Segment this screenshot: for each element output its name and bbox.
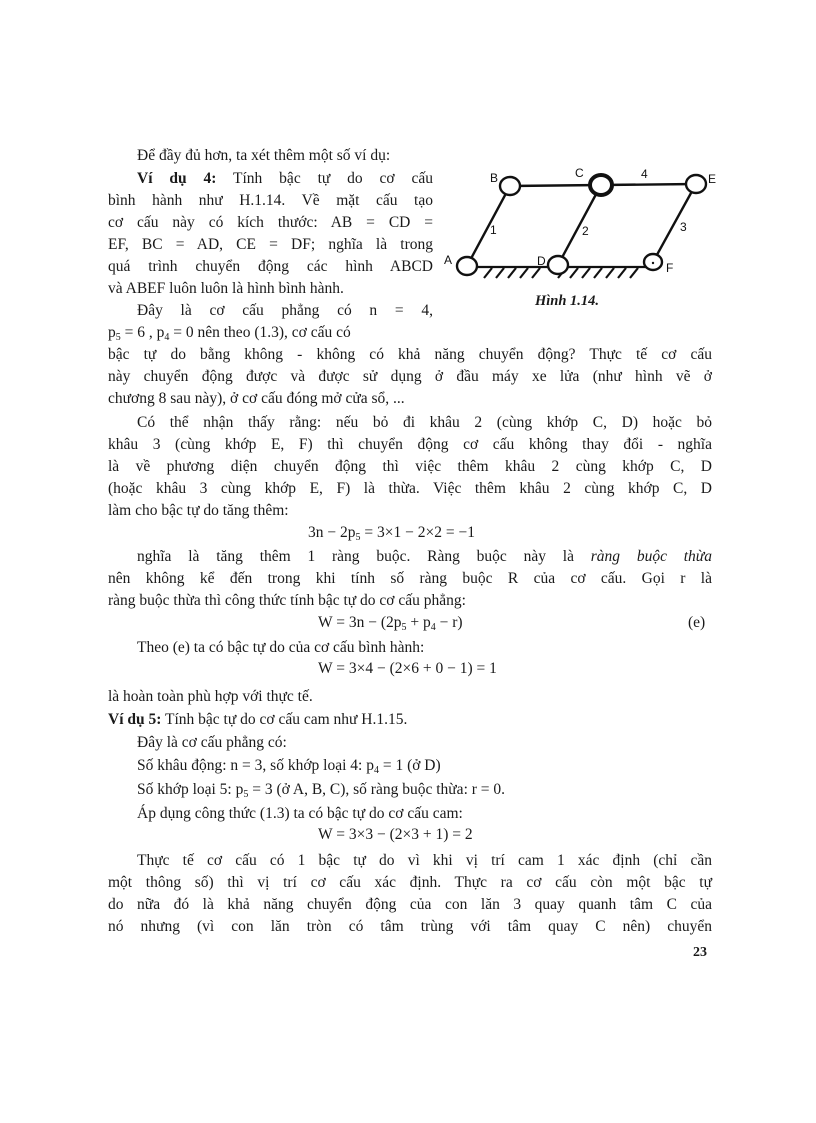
- svg-text:D: D: [537, 254, 546, 268]
- para2-line-4: này chuyển động được và được sử dụng ở đ…: [108, 368, 712, 386]
- para6-line: là hoàn toàn phù hợp với thực tế.: [108, 688, 313, 706]
- para3-line-3: là về phương diện chuyển động thì việc t…: [108, 458, 712, 476]
- example5-para-line-3: do nữa đó là khả năng chuyển động của co…: [108, 896, 712, 914]
- para2-line-2: p5 = 6 , p4 = 0 nên theo (1.3), cơ cấu c…: [108, 324, 351, 342]
- example4-line-5: quá trình chuyển động các hình ABCD: [108, 258, 433, 276]
- figure-1-14: A B C D E F 1 2 3 4: [440, 160, 730, 315]
- equation-3: W = 3×4 − (2×6 + 0 − 1) = 1: [318, 660, 497, 678]
- para3-line-2: khâu 3 (cùng khớp E, F) thì chuyển động …: [108, 436, 712, 454]
- example4-label: Ví dụ 4:: [137, 170, 216, 187]
- para2-line-1: Đây là cơ cấu phẳng có n = 4,: [137, 302, 433, 320]
- svg-text:A: A: [444, 253, 452, 267]
- svg-text:F: F: [666, 261, 673, 275]
- example4-line-4: EF, BC = AD, CE = DF; nghĩa là trong: [108, 236, 433, 254]
- svg-text:C: C: [575, 166, 584, 180]
- para4-line-2: nên không kể đến trong khi tính số ràng …: [108, 570, 712, 588]
- equation-1: 3n − 2p5 = 3×1 − 2×2 = −1: [308, 524, 475, 542]
- svg-text:4: 4: [641, 167, 648, 181]
- example4-line-2: bình hành như H.1.14. Về mặt cấu tạo: [108, 192, 433, 210]
- svg-text:2: 2: [582, 224, 589, 238]
- para2-line-3: bậc tự do bằng không - không có khả năng…: [108, 346, 712, 364]
- para4-line-3: ràng buộc thừa thì công thức tính bậc tự…: [108, 592, 466, 610]
- example5-line-1: Đây là cơ cấu phẳng có:: [137, 734, 287, 752]
- example5-label: Ví dụ 5:: [108, 711, 161, 728]
- intro-line: Để đầy đủ hơn, ta xét thêm một số ví dụ:: [137, 147, 390, 165]
- equation-tag-e: (e): [688, 614, 705, 632]
- svg-text:B: B: [490, 171, 498, 185]
- para4-line-1: nghĩa là tăng thêm 1 ràng buộc. Ràng buộ…: [137, 548, 712, 566]
- example5-line-3: Số khớp loại 5: p5 = 3 (ở A, B, C), số r…: [137, 781, 505, 799]
- para3-line-1: Có thể nhận thấy rằng: nếu bỏ đi khâu 2 …: [137, 414, 712, 432]
- svg-text:E: E: [708, 172, 716, 186]
- page-number: 23: [693, 945, 707, 961]
- example5-equation: W = 3×3 − (2×3 + 1) = 2: [318, 826, 473, 844]
- document-page: Để đầy đủ hơn, ta xét thêm một số ví dụ:…: [0, 0, 816, 1123]
- example5-para-line-1: Thực tế cơ cấu có 1 bậc tự do vì khi vị …: [137, 852, 712, 870]
- svg-text:3: 3: [680, 220, 687, 234]
- example4-line-3: cơ cấu này có kích thước: AB = CD =: [108, 214, 433, 232]
- example5-line-4: Áp dụng công thức (1.3) ta có bậc tự do …: [137, 805, 463, 823]
- parallel-linkage-diagram: A B C D E F 1 2 3 4: [440, 160, 730, 295]
- para3-line-4: (hoặc khâu 3 cùng khớp E, F) là thừa. Vi…: [108, 480, 712, 498]
- example5-title: Ví dụ 5: Tính bậc tự do cơ cấu cam như H…: [108, 711, 407, 729]
- svg-text:1: 1: [490, 223, 497, 237]
- example4-line-6: và ABEF luôn luôn là hình bình hành.: [108, 280, 344, 298]
- italic-term: ràng buộc thừa: [591, 548, 712, 565]
- example5-para-line-4: nó nhưng (vì con lăn tròn có tâm trùng v…: [108, 918, 712, 936]
- example5-line-2: Số khâu động: n = 3, số khớp loại 4: p4 …: [137, 757, 441, 775]
- equation-e: W = 3n − (2p5 + p4 − r): [318, 614, 463, 632]
- para2-line-5: chương 8 sau này), ở cơ cấu đóng mở cửa …: [108, 390, 405, 408]
- example4-line-1: Ví dụ 4: Tính bậc tự do cơ cấu: [137, 170, 433, 188]
- example5-para-line-2: một thông số) thì vị trí cơ cấu xác định…: [108, 874, 712, 892]
- para5-line: Theo (e) ta có bậc tự do của cơ cấu bình…: [137, 639, 424, 657]
- figure-caption: Hình 1.14.: [535, 293, 599, 310]
- para3-line-5: làm cho bậc tự do tăng thêm:: [108, 502, 289, 520]
